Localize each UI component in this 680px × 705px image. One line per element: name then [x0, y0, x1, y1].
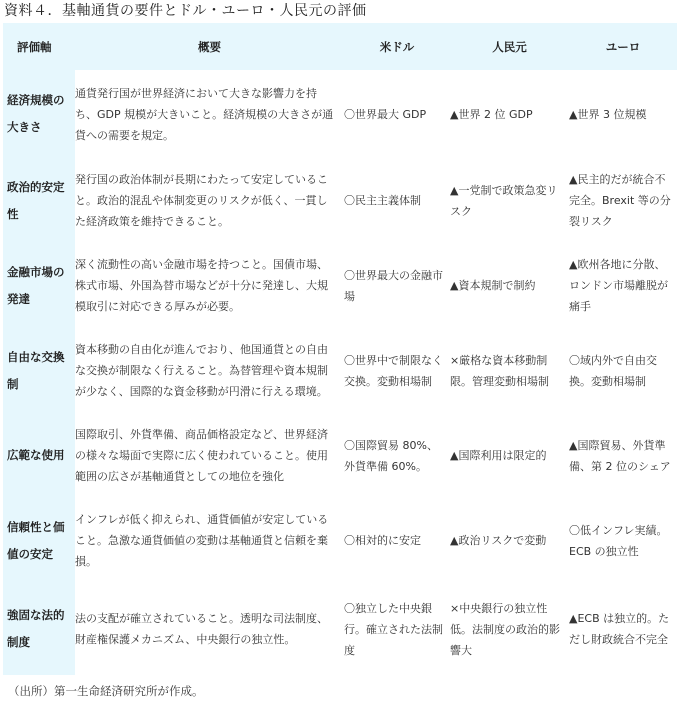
table-header-row: 評価軸 概要 米ドル 人民元 ユーロ [3, 23, 677, 70]
cell-eur: ▲ECB は独立的。ただし財政統合不完全 [569, 583, 677, 675]
table-row: 政治的安定性 発行国の政治体制が長期にわたって安定していること。政治的混乱や体制… [3, 158, 677, 243]
header-eur: ユーロ [569, 23, 677, 70]
cell-usd: 〇民主主義体制 [344, 158, 450, 243]
cell-overview: インフレが低く抑えられ、通貨価値が安定していること。急激な通貨価値の変動は基軸通… [75, 498, 344, 583]
cell-eur: ▲国際貿易、外貨準備、第 2 位のシェア [569, 413, 677, 498]
cell-usd: 〇独立した中央銀行。確立された法制度 [344, 583, 450, 675]
cell-overview: 資本移動の自由化が進んでおり、他国通貨との自由な交換が制限なく行えること。為替管… [75, 328, 344, 413]
cell-overview: 発行国の政治体制が長期にわたって安定していること。政治的混乱や体制変更のリスクが… [75, 158, 344, 243]
cell-axis: 経済規模の大きさ [3, 70, 75, 158]
cell-usd: 〇相対的に安定 [344, 498, 450, 583]
cell-overview: 通貨発行国が世界経済において大きな影響力を持ち、GDP 規模が大きいこと。経済規… [75, 70, 344, 158]
header-usd: 米ドル [344, 23, 450, 70]
cell-cny: ▲政治リスクで変動 [450, 498, 569, 583]
cell-axis: 政治的安定性 [3, 158, 75, 243]
cell-usd: 〇世界中で制限なく交換。変動相場制 [344, 328, 450, 413]
cell-axis: 広範な使用 [3, 413, 75, 498]
evaluation-table: 評価軸 概要 米ドル 人民元 ユーロ 経済規模の大きさ 通貨発行国が世界経済にお… [3, 23, 677, 675]
cell-axis: 自由な交換制 [3, 328, 75, 413]
cell-overview: 法の支配が確立されていること。透明な司法制度、財産権保護メカニズム、中央銀行の独… [75, 583, 344, 675]
cell-eur: 〇低インフレ実績。ECB の独立性 [569, 498, 677, 583]
document-title: 資料４．基軸通貨の要件とドル・ユーロ・人民元の評価 [4, 2, 367, 20]
cell-eur: ▲世界 3 位規模 [569, 70, 677, 158]
cell-cny: ×中央銀行の独立性低。法制度の政治的影響大 [450, 583, 569, 675]
cell-axis: 強固な法的制度 [3, 583, 75, 675]
header-overview: 概要 [75, 23, 344, 70]
table-row: 経済規模の大きさ 通貨発行国が世界経済において大きな影響力を持ち、GDP 規模が… [3, 70, 677, 158]
table-row: 金融市場の発達 深く流動性の高い金融市場を持つこと。国債市場、株式市場、外国為替… [3, 243, 677, 328]
table-row: 信頼性と価値の安定 インフレが低く抑えられ、通貨価値が安定していること。急激な通… [3, 498, 677, 583]
source-note: （出所）第一生命経済研究所が作成。 [8, 683, 204, 699]
cell-axis: 信頼性と価値の安定 [3, 498, 75, 583]
cell-overview: 深く流動性の高い金融市場を持つこと。国債市場、株式市場、外国為替市場などが十分に… [75, 243, 344, 328]
cell-cny: ×厳格な資本移動制限。管理変動相場制 [450, 328, 569, 413]
cell-usd: 〇世界最大 GDP [344, 70, 450, 158]
cell-axis: 金融市場の発達 [3, 243, 75, 328]
table-row: 自由な交換制 資本移動の自由化が進んでおり、他国通貨との自由な交換が制限なく行え… [3, 328, 677, 413]
header-axis: 評価軸 [3, 23, 75, 70]
table-row: 強固な法的制度 法の支配が確立されていること。透明な司法制度、財産権保護メカニズ… [3, 583, 677, 675]
cell-usd: 〇世界最大の金融市場 [344, 243, 450, 328]
cell-eur: ▲欧州各地に分散、ロンドン市場離脱が痛手 [569, 243, 677, 328]
header-cny: 人民元 [450, 23, 569, 70]
cell-usd: 〇国際貿易 80%、外貨準備 60%。 [344, 413, 450, 498]
cell-eur: 〇域内外で自由交換。変動相場制 [569, 328, 677, 413]
cell-eur: ▲民主的だが統合不完全。Brexit 等の分裂リスク [569, 158, 677, 243]
cell-cny: ▲資本規制で制約 [450, 243, 569, 328]
cell-cny: ▲国際利用は限定的 [450, 413, 569, 498]
cell-overview: 国際取引、外貨準備、商品価格設定など、世界経済の様々な場面で実際に広く使われてい… [75, 413, 344, 498]
cell-cny: ▲世界 2 位 GDP [450, 70, 569, 158]
table-row: 広範な使用 国際取引、外貨準備、商品価格設定など、世界経済の様々な場面で実際に広… [3, 413, 677, 498]
cell-cny: ▲一党制で政策急変リスク [450, 158, 569, 243]
